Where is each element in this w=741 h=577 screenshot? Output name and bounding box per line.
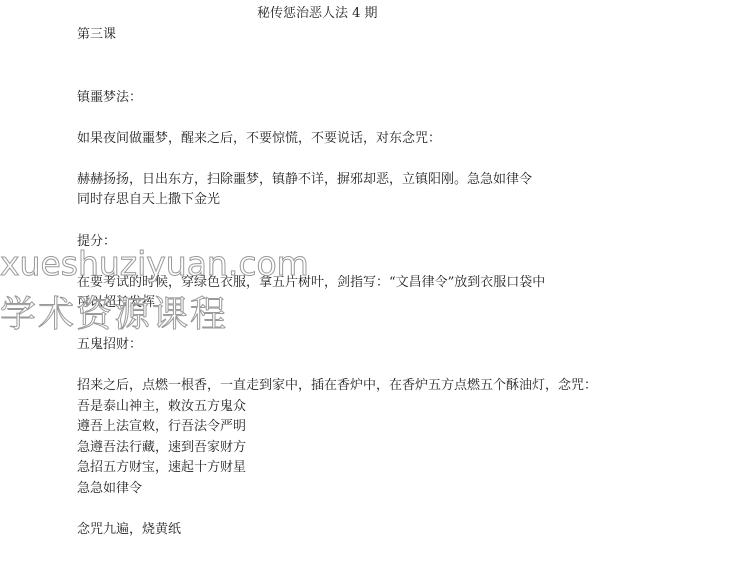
incantation-line: 急急如律令	[77, 481, 142, 497]
section-heading-nightmare: 镇噩梦法：	[77, 90, 142, 106]
incantation-line: 急遵吾法行藏，速到吾家财方	[77, 440, 246, 456]
incantation-line: 遵吾上法宣敕，行吾法令严明	[77, 419, 246, 435]
document-title: 秘传惩治恶人法 4 期	[257, 6, 378, 22]
incantation-line: 吾是泰山神主，敕汝五方鬼众	[77, 399, 246, 415]
paragraph: 念咒九遍，烧黄纸	[77, 522, 181, 538]
section-heading-wealth: 五鬼招财：	[77, 337, 142, 353]
watermark-text: 学术资源课程	[0, 286, 228, 337]
watermark-url: xueshuziyuan.com	[0, 244, 309, 283]
paragraph: 如果夜间做噩梦，醒来之后，不要惊慌，不要说话，对东念咒：	[77, 131, 441, 147]
paragraph: 同时存思自天上撒下金光	[77, 192, 220, 208]
incantation-line: 急招五方财宝，速起十方财星	[77, 460, 246, 476]
paragraph: 招来之后，点燃一根香，一直走到家中，插在香炉中，在香炉五方点燃五个酥油灯，念咒：	[77, 378, 597, 394]
incantation-line: 赫赫扬扬，日出东方，扫除噩梦，镇静不详，摒邪却恶，立镇阳刚。急急如律令	[77, 172, 532, 188]
lesson-heading: 第三课	[77, 27, 116, 43]
